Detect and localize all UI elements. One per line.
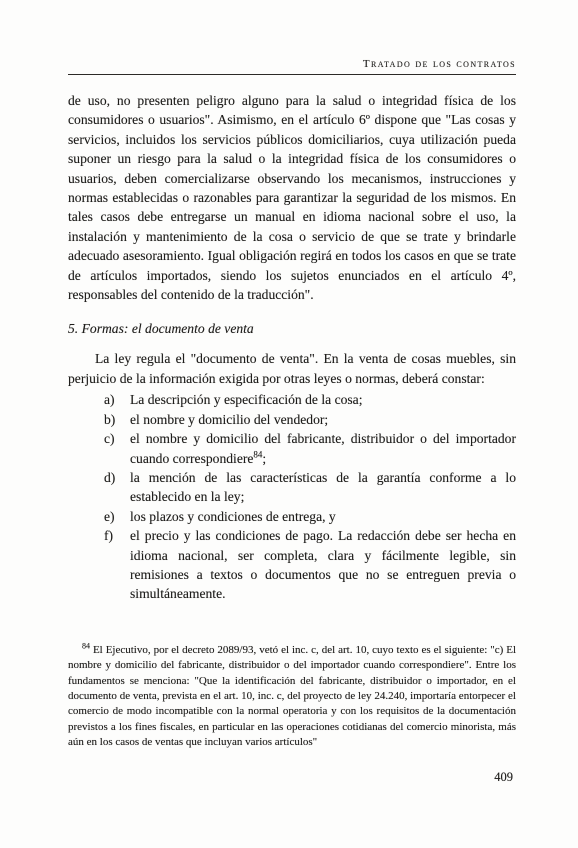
- list-item-text-after: ;: [262, 451, 266, 466]
- list-item-marker: b): [104, 410, 130, 429]
- paragraph-intro: La ley regula el "documento de venta". E…: [68, 349, 516, 388]
- list-item: e) los plazos y condiciones de entrega, …: [104, 507, 516, 526]
- list-item-text-main: el nombre y domicilio del fabricante, di…: [130, 431, 516, 465]
- list-item-marker: c): [104, 429, 130, 468]
- list-item-text: el precio y las condiciones de pago. La …: [130, 526, 516, 604]
- list-item-marker: a): [104, 390, 130, 409]
- list-item-marker: f): [104, 526, 130, 604]
- list-item: c) el nombre y domicilio del fabricante,…: [104, 429, 516, 468]
- footnote-number: 84: [82, 641, 90, 650]
- page-number: 409: [68, 770, 516, 785]
- list-item: b) el nombre y domicilio del vendedor;: [104, 410, 516, 429]
- list-item-text: el nombre y domicilio del vendedor;: [130, 410, 516, 429]
- page-header: Tratado de los contratos: [68, 58, 516, 75]
- requirements-list: a) La descripción y especificación de la…: [68, 390, 516, 603]
- footnote-text: El Ejecutivo, por el decreto 2089/93, ve…: [68, 644, 516, 748]
- list-item: d) la mención de las características de …: [104, 468, 516, 507]
- list-item-text: la mención de las características de la …: [130, 468, 516, 507]
- page-footer: 84 El Ejecutivo, por el decreto 2089/93,…: [68, 643, 516, 785]
- page-main: de uso, no presenten peligro alguno para…: [68, 91, 516, 604]
- list-item: f) el precio y las condiciones de pago. …: [104, 526, 516, 604]
- list-item-text: el nombre y domicilio del fabricante, di…: [130, 429, 516, 468]
- section-heading: 5. Formas: el documento de venta: [68, 319, 516, 338]
- running-title: Tratado de los contratos: [68, 58, 516, 74]
- book-page-scan: Tratado de los contratos de uso, no pres…: [0, 0, 578, 848]
- footnote: 84 El Ejecutivo, por el decreto 2089/93,…: [68, 643, 516, 751]
- list-item-text: La descripción y especificación de la co…: [130, 390, 516, 409]
- header-rule: [68, 74, 516, 75]
- list-item: a) La descripción y especificación de la…: [104, 390, 516, 409]
- paragraph-continuation: de uso, no presenten peligro alguno para…: [68, 91, 516, 304]
- list-item-marker: d): [104, 468, 130, 507]
- list-item-text: los plazos y condiciones de entrega, y: [130, 507, 516, 526]
- list-item-marker: e): [104, 507, 130, 526]
